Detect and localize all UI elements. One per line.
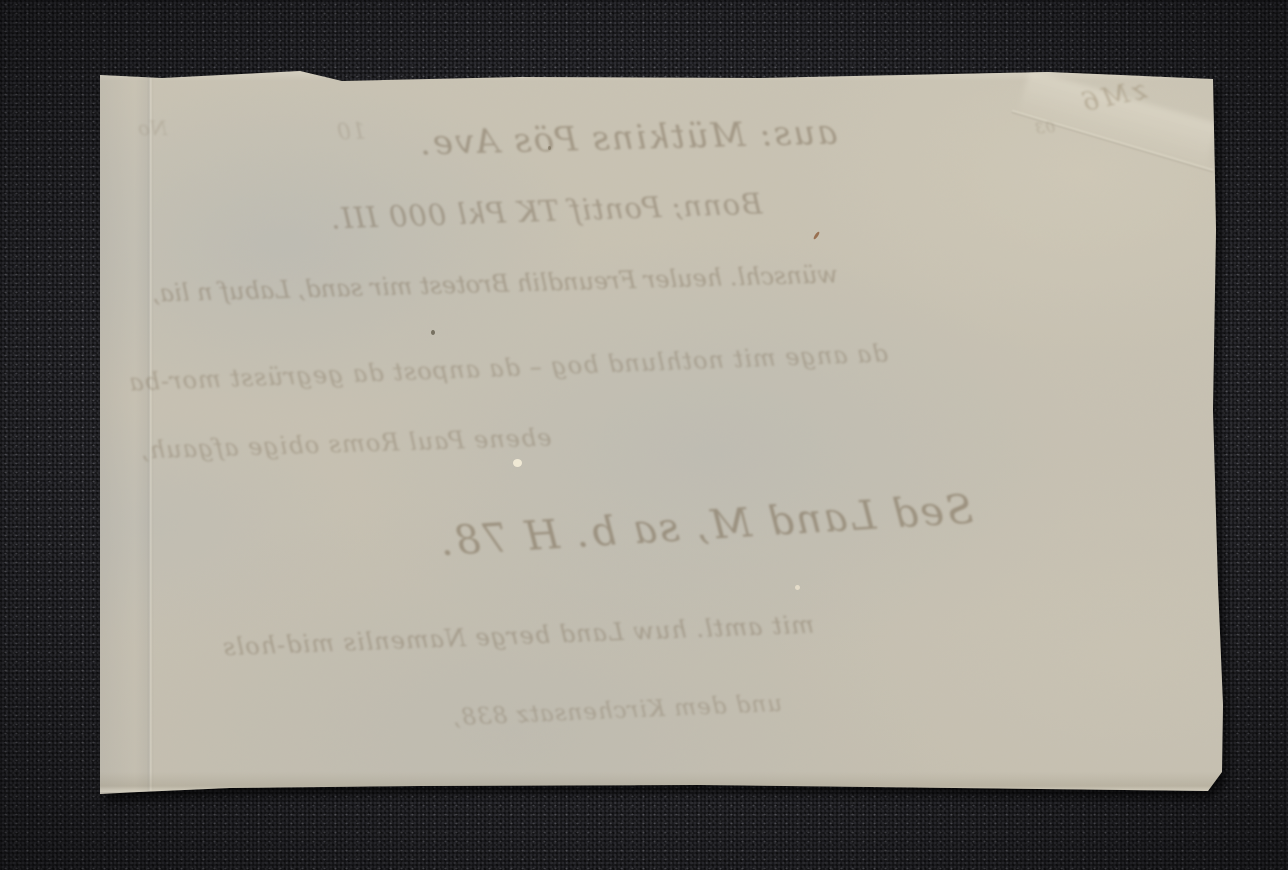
ink-speck bbox=[548, 146, 551, 150]
handwriting-line: wünschl. heuler Freundlih Brotest mir sa… bbox=[152, 260, 838, 307]
ink-speck bbox=[431, 330, 435, 335]
handwriting-line-text: Sed Land M, sa b. H 78. bbox=[437, 487, 974, 566]
handwriting-line: 10 bbox=[336, 119, 367, 145]
top-right-corner-sheen bbox=[1015, 70, 1218, 177]
handwriting-line: Bonn; Pontif TK Pkl 000 III. bbox=[330, 186, 763, 235]
handwriting-line: mit amtl. huw Land berge Namenlis mid-ho… bbox=[222, 611, 815, 662]
handwriting-line-text: aus: Mütkins Pös Ave. bbox=[418, 113, 838, 164]
ink-speck bbox=[813, 231, 821, 240]
document-paper: No10zM603aus: Mütkins Pös Ave.Bonn; Pont… bbox=[0, 0, 1288, 870]
top-edge-wear bbox=[100, 71, 1213, 81]
vertical-fold-crease bbox=[148, 71, 153, 792]
paper-shadow: No10zM603aus: Mütkins Pös Ave.Bonn; Pont… bbox=[0, 0, 1288, 870]
handwriting-line: Sed Land M, sa b. H 78. bbox=[437, 487, 974, 566]
handwriting-line: da ange mit nothlund bog – da anpost da … bbox=[128, 339, 889, 396]
handwriting-line-text: und dem Kirchensatz 838, bbox=[452, 691, 783, 731]
handwriting-line: aus: Mütkins Pös Ave. bbox=[418, 113, 838, 164]
handwriting-line-text: ebene Paul Roms obige afgauh, bbox=[140, 424, 552, 465]
handwriting-line-text: mit amtl. huw Land berge Namenlis mid-ho… bbox=[222, 611, 815, 662]
handwriting-line-text: Bonn; Pontif TK Pkl 000 III. bbox=[330, 186, 763, 235]
handwriting-line: und dem Kirchensatz 838, bbox=[452, 691, 783, 731]
paper-fleck bbox=[795, 585, 800, 590]
handwriting-line: ebene Paul Roms obige afgauh, bbox=[140, 424, 552, 465]
handwriting-line-text: wünschl. heuler Freundlih Brotest mir sa… bbox=[152, 260, 838, 307]
left-fold-strip bbox=[100, 71, 150, 793]
handwriting-line-text: da ange mit nothlund bog – da anpost da … bbox=[128, 339, 889, 396]
bottom-edge-wear bbox=[100, 772, 1223, 792]
paper-fleck bbox=[513, 459, 522, 467]
photo-backdrop: No10zM603aus: Mütkins Pös Ave.Bonn; Pont… bbox=[0, 0, 1288, 870]
handwriting-line-text: 10 bbox=[336, 119, 367, 145]
